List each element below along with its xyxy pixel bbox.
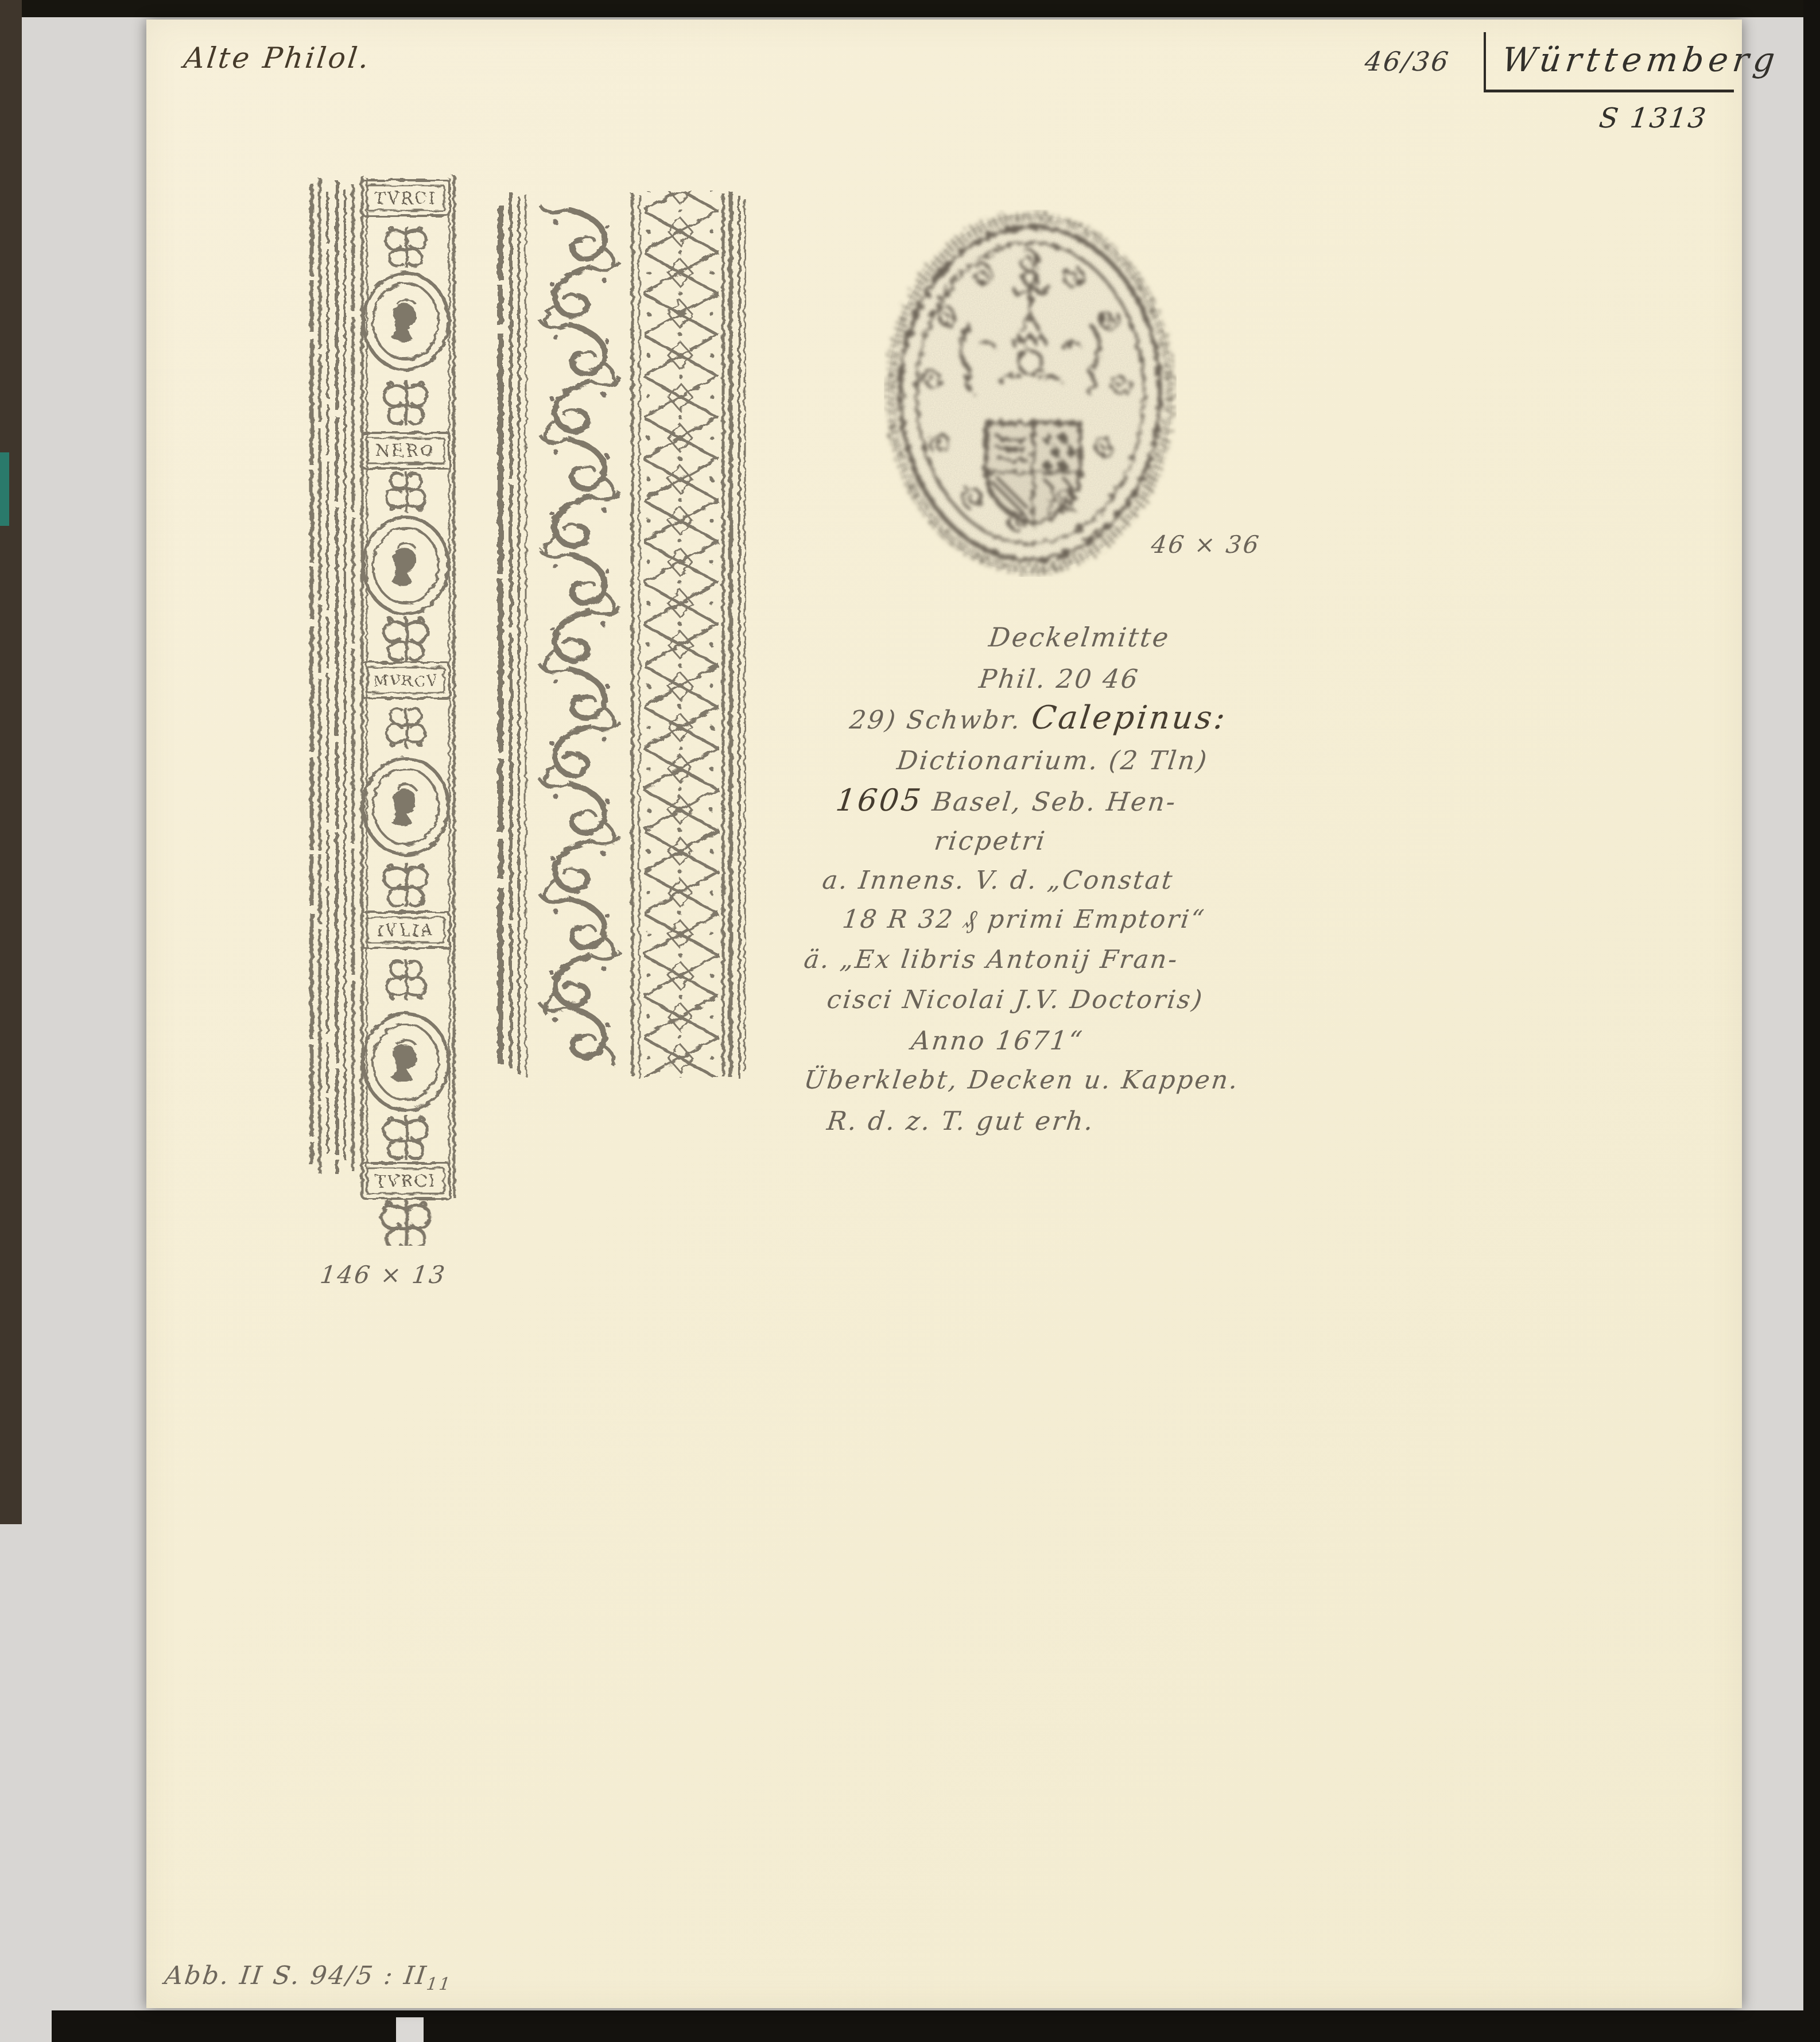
scan-notch xyxy=(396,2017,424,2042)
portrait-medallion xyxy=(363,758,448,855)
wide-roll-rubbing xyxy=(494,169,746,1096)
note-place-printer: Basel, Seb. Hen- xyxy=(930,786,1178,817)
wide-strip-artwork xyxy=(500,191,745,1079)
region-bracket-vertical xyxy=(1484,32,1486,91)
plaque-label: TVRCI xyxy=(375,189,436,208)
plaque-label: MVRCV xyxy=(373,673,438,690)
center-plate-size-label: 46 × 36 xyxy=(1150,530,1262,559)
scan-frame-right xyxy=(1803,0,1820,2042)
note-printer-cont: ricpetri xyxy=(933,826,1048,856)
portrait-medallion xyxy=(363,273,448,370)
figure-reference-main: Abb. II S. 94/5 : II xyxy=(163,1961,429,1990)
note-exlibris-1: ä. „Ex libris Antonij Fran- xyxy=(802,945,1180,974)
note-year: 1605 xyxy=(834,783,925,818)
note-provenance-2: 18 R 32 ₰ primi Emptori“ xyxy=(841,905,1207,934)
note-condition-1: Überklebt, Decken u. Kappen. xyxy=(802,1065,1241,1095)
scan-frame-bottom xyxy=(52,2010,1803,2042)
portrait-medallion xyxy=(363,1014,448,1110)
note-exlibris-2: cisci Nicolai J.V. Doctoris) xyxy=(825,985,1205,1014)
region-label: Württemberg xyxy=(1500,40,1782,79)
scanned-archive-sheet: Alte Philol. 46/36 Württemberg S 1313 xyxy=(0,0,1820,2042)
note-entry: 29) Schwbr. Calepinus: xyxy=(848,699,1229,737)
note-title: Dictionarium. (2 Tln) xyxy=(895,745,1210,776)
narrow-strip-size-label: 146 × 13 xyxy=(319,1261,448,1289)
narrow-strip-artwork: TVRCI NERO MVRCV IVLIA TVRCI xyxy=(312,176,454,1246)
figure-reference-sub: 11 xyxy=(425,1974,453,1994)
plaque-label: IVLIA xyxy=(377,921,434,940)
note-entry-prefix: 29) Schwbr. xyxy=(848,706,1023,735)
color-calibration-tab xyxy=(0,452,9,526)
centerpiece-rubbing xyxy=(884,210,1177,577)
scan-frame-top xyxy=(0,0,1820,17)
plaque-label: TVRCI xyxy=(375,1172,436,1191)
collection-label: Alte Philol. xyxy=(182,41,373,75)
paper-sheet: Alte Philol. 46/36 Württemberg S 1313 xyxy=(146,20,1742,2008)
note-author: Calepinus: xyxy=(1029,699,1229,737)
figure-reference: Abb. II S. 94/5 : II11 xyxy=(162,1961,455,1994)
plaque-label: NERO xyxy=(376,441,436,460)
dimensions-code: 46/36 xyxy=(1363,46,1452,77)
shelfmark: S 1313 xyxy=(1597,102,1709,134)
note-location: Deckelmitte xyxy=(987,622,1172,653)
note-condition-2: R. d. z. T. gut erh. xyxy=(825,1106,1096,1136)
note-imprint: 1605 Basel, Seb. Hen- xyxy=(834,783,1179,818)
narrow-roll-rubbing: TVRCI NERO MVRCV IVLIA TVRCI xyxy=(307,161,459,1246)
note-provenance-1: a. Innens. V. d. „Constat xyxy=(821,866,1175,895)
note-exlibris-year: Anno 1671“ xyxy=(910,1025,1085,1056)
scan-frame-left xyxy=(0,0,22,1524)
portrait-medallion xyxy=(363,517,448,614)
note-shelfmark: Phil. 20 46 xyxy=(977,664,1141,694)
region-bracket-underline xyxy=(1484,90,1734,92)
